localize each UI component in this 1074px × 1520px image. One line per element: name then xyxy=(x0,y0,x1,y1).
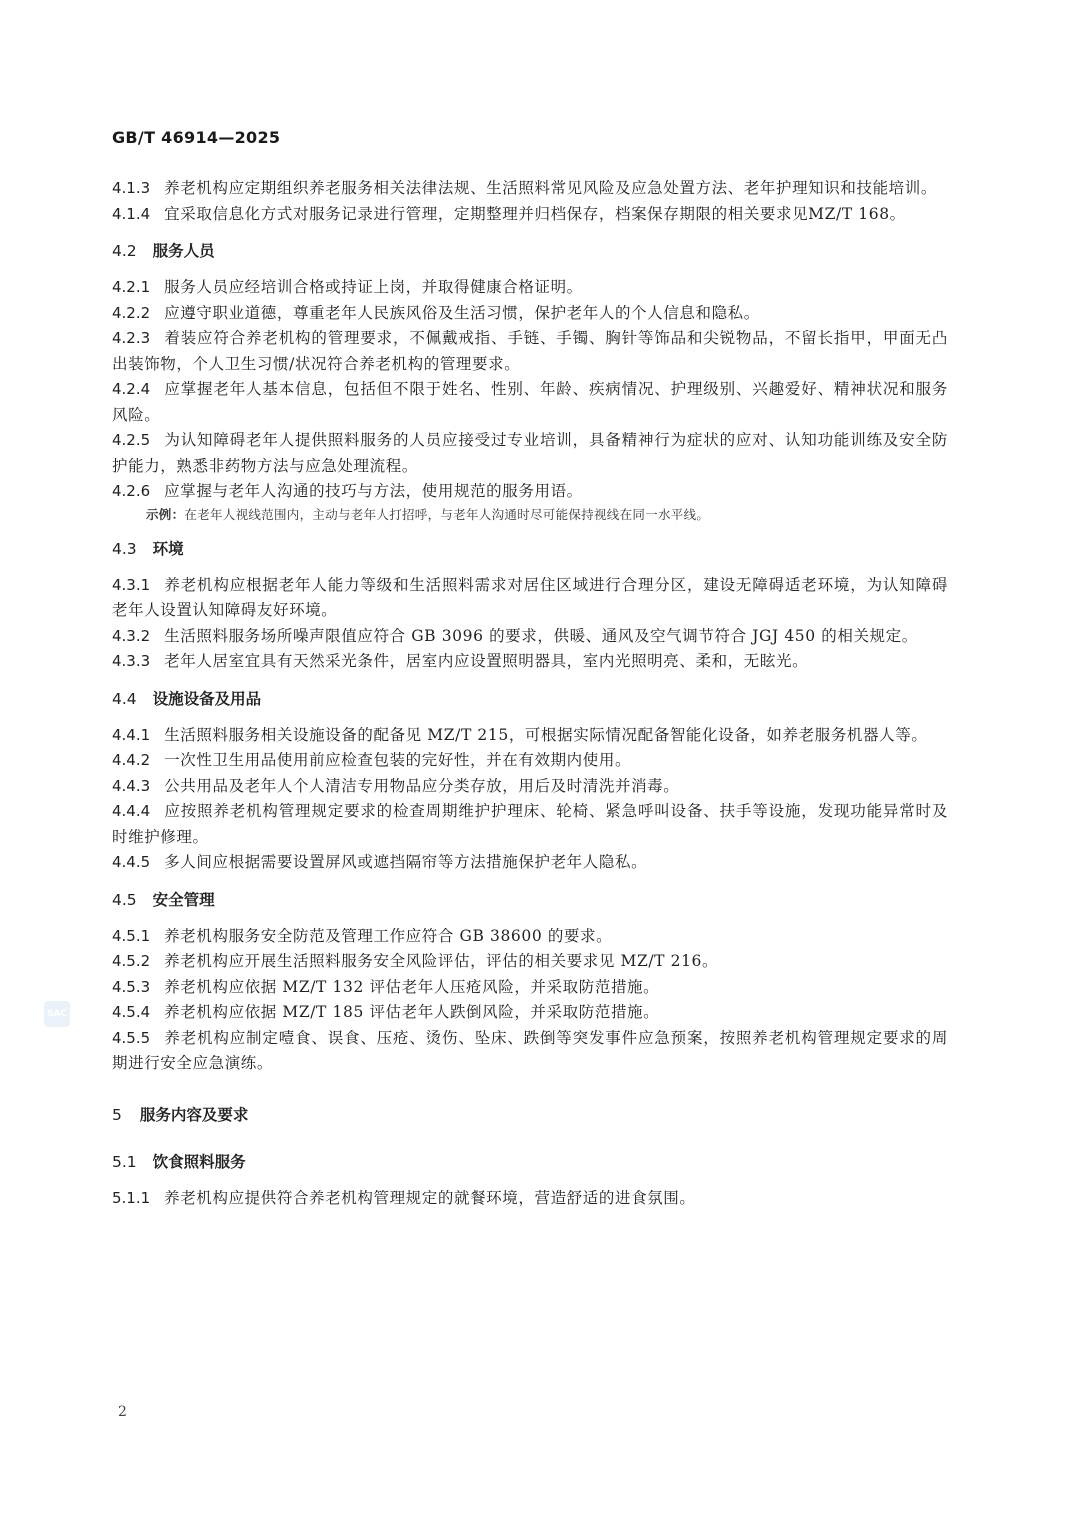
example-label: 示例： xyxy=(146,507,184,522)
clause-text: 应掌握与老年人沟通的技巧与方法，使用规范的服务用语。 xyxy=(164,482,583,500)
page-number: 2 xyxy=(118,1404,127,1420)
clause-number: 4.4.4 xyxy=(112,802,150,820)
clause-number: 4.2.6 xyxy=(112,482,150,500)
clause-text: 应掌握老年人基本信息，包括但不限于姓名、性别、年龄、疾病情况、护理级别、兴趣爱好… xyxy=(112,380,948,424)
clause-4-4-5: 4.4.5多人间应根据需要设置屏风或遮挡隔帘等方法措施保护老年人隐私。 xyxy=(112,850,948,876)
example-text: 在老年人视线范围内，主动与老年人打招呼，与老年人沟通时尽可能保持视线在同一水平线… xyxy=(184,507,709,522)
section-heading-4-4: 4.4设施设备及用品 xyxy=(112,687,948,712)
clause-4-5-1: 4.5.1养老机构服务安全防范及管理工作应符合 GB 38600 的要求。 xyxy=(112,924,948,950)
clause-number: 4.1.4 xyxy=(112,205,150,223)
clause-text: 养老机构应根据老年人能力等级和生活照料需求对居住区域进行合理分区，建设无障碍适老… xyxy=(112,576,948,620)
clause-number: 4.2.4 xyxy=(112,380,150,398)
section-number: 4.2 xyxy=(112,242,137,260)
standard-code-header: GB/T 46914—2025 xyxy=(112,128,280,147)
section-number: 4.4 xyxy=(112,690,137,708)
clause-4-4-4: 4.4.4应按照养老机构管理规定要求的检查周期维护护理床、轮椅、紧急呼叫设备、扶… xyxy=(112,799,948,850)
clause-text: 服务人员应经培训合格或持证上岗，并取得健康合格证明。 xyxy=(164,278,583,296)
clause-number: 4.5.4 xyxy=(112,1003,150,1021)
clause-number: 4.5.3 xyxy=(112,978,150,996)
section-title: 服务人员 xyxy=(153,242,215,260)
document-body: 4.1.3养老机构应定期组织养老服务相关法律法规、生活照料常见风险及应急处置方法… xyxy=(112,176,948,1211)
clause-4-1-3: 4.1.3养老机构应定期组织养老服务相关法律法规、生活照料常见风险及应急处置方法… xyxy=(112,176,948,202)
clause-text: 着装应符合养老机构的管理要求，不佩戴戒指、手链、手镯、胸针等饰品和尖锐物品，不留… xyxy=(112,329,948,373)
section-number: 4.3 xyxy=(112,540,137,558)
clause-4-2-6: 4.2.6应掌握与老年人沟通的技巧与方法，使用规范的服务用语。 xyxy=(112,479,948,505)
clause-text: 应遵守职业道德，尊重老年人民族风俗及生活习惯，保护老年人的个人信息和隐私。 xyxy=(164,304,760,322)
clause-number: 4.2.3 xyxy=(112,329,150,347)
sac-watermark-logo: SAC xyxy=(44,1001,70,1027)
clause-text: 养老机构应依据 MZ/T 132 评估老年人压疮风险，并采取防范措施。 xyxy=(164,978,659,996)
clause-4-4-2: 4.4.2一次性卫生用品使用前应检查包装的完好性，并在有效期内使用。 xyxy=(112,748,948,774)
clause-4-2-3: 4.2.3着装应符合养老机构的管理要求，不佩戴戒指、手链、手镯、胸针等饰品和尖锐… xyxy=(112,326,948,377)
clause-4-5-2: 4.5.2养老机构应开展生活照料服务安全风险评估，评估的相关要求见 MZ/T 2… xyxy=(112,949,948,975)
clause-text: 公共用品及老年人个人清洁专用物品应分类存放，用后及时清洗并消毒。 xyxy=(164,777,679,795)
clause-text: 养老机构应提供符合养老机构管理规定的就餐环境，营造舒适的进食氛围。 xyxy=(164,1189,695,1207)
clause-text: 养老机构应开展生活照料服务安全风险评估，评估的相关要求见 MZ/T 216。 xyxy=(164,952,718,970)
section-heading-4-3: 4.3环境 xyxy=(112,537,948,562)
clause-4-5-3: 4.5.3养老机构应依据 MZ/T 132 评估老年人压疮风险，并采取防范措施。 xyxy=(112,975,948,1001)
clause-number: 5.1.1 xyxy=(112,1189,150,1207)
section-heading-4-5: 4.5安全管理 xyxy=(112,888,948,913)
clause-4-4-1: 4.4.1生活照料服务相关设施设备的配备见 MZ/T 215，可根据实际情况配备… xyxy=(112,723,948,749)
clause-4-3-2: 4.3.2生活照料服务场所噪声限值应符合 GB 3096 的要求，供暖、通风及空… xyxy=(112,624,948,650)
section-title: 设施设备及用品 xyxy=(153,690,262,708)
clause-4-5-4: 4.5.4养老机构应依据 MZ/T 185 评估老年人跌倒风险，并采取防范措施。 xyxy=(112,1000,948,1026)
chapter-title: 服务内容及要求 xyxy=(140,1106,249,1124)
section-title: 环境 xyxy=(153,540,184,558)
clause-text: 养老机构应依据 MZ/T 185 评估老年人跌倒风险，并采取防范措施。 xyxy=(164,1003,659,1021)
clause-4-4-3: 4.4.3公共用品及老年人个人清洁专用物品应分类存放，用后及时清洗并消毒。 xyxy=(112,774,948,800)
clause-number: 4.4.1 xyxy=(112,726,150,744)
section-number: 4.5 xyxy=(112,891,137,909)
clause-text: 多人间应根据需要设置屏风或遮挡隔帘等方法措施保护老年人隐私。 xyxy=(164,853,647,871)
clause-4-2-2: 4.2.2应遵守职业道德，尊重老年人民族风俗及生活习惯，保护老年人的个人信息和隐… xyxy=(112,301,948,327)
clause-number: 4.1.3 xyxy=(112,179,150,197)
clause-number: 4.4.3 xyxy=(112,777,150,795)
section-title: 饮食照料服务 xyxy=(153,1153,246,1171)
clause-number: 4.5.2 xyxy=(112,952,150,970)
clause-text: 一次性卫生用品使用前应检查包装的完好性，并在有效期内使用。 xyxy=(164,751,631,769)
clause-text: 为认知障碍老年人提供照料服务的人员应接受过专业培训，具备精神行为症状的应对、认知… xyxy=(112,431,948,475)
clause-number: 4.4.2 xyxy=(112,751,150,769)
clause-4-3-3: 4.3.3老年人居室宜具有天然采光条件，居室内应设置照明器具，室内光照明亮、柔和… xyxy=(112,649,948,675)
clause-text: 老年人居室宜具有天然采光条件，居室内应设置照明器具，室内光照明亮、柔和，无眩光。 xyxy=(164,652,808,670)
clause-number: 4.2.5 xyxy=(112,431,150,449)
chapter-number: 5 xyxy=(112,1106,122,1124)
clause-text: 养老机构应制定噎食、误食、压疮、烫伤、坠床、跌倒等突发事件应急预案，按照养老机构… xyxy=(112,1029,948,1073)
clause-4-5-5: 4.5.5养老机构应制定噎食、误食、压疮、烫伤、坠床、跌倒等突发事件应急预案，按… xyxy=(112,1026,948,1077)
clause-4-3-1: 4.3.1养老机构应根据老年人能力等级和生活照料需求对居住区域进行合理分区，建设… xyxy=(112,573,948,624)
clause-number: 4.4.5 xyxy=(112,853,150,871)
clause-5-1-1: 5.1.1养老机构应提供符合养老机构管理规定的就餐环境，营造舒适的进食氛围。 xyxy=(112,1186,948,1212)
clause-text: 生活照料服务相关设施设备的配备见 MZ/T 215，可根据实际情况配备智能化设备… xyxy=(164,726,927,744)
clause-number: 4.3.2 xyxy=(112,627,150,645)
section-number: 5.1 xyxy=(112,1153,137,1171)
clause-number: 4.3.1 xyxy=(112,576,150,594)
clause-text: 养老机构应定期组织养老服务相关法律法规、生活照料常见风险及应急处置方法、老年护理… xyxy=(164,179,937,197)
clause-4-1-4: 4.1.4宜采取信息化方式对服务记录进行管理，定期整理并归档保存，档案保存期限的… xyxy=(112,202,948,228)
clause-number: 4.3.3 xyxy=(112,652,150,670)
clause-number: 4.5.5 xyxy=(112,1029,150,1047)
clause-number: 4.2.1 xyxy=(112,278,150,296)
chapter-heading-5: 5服务内容及要求 xyxy=(112,1103,948,1128)
clause-text: 应按照养老机构管理规定要求的检查周期维护护理床、轮椅、紧急呼叫设备、扶手等设施，… xyxy=(112,802,948,846)
clause-number: 4.5.1 xyxy=(112,927,150,945)
section-title: 安全管理 xyxy=(153,891,215,909)
example-note: 示例：在老年人视线范围内，主动与老年人打招呼，与老年人沟通时尽可能保持视线在同一… xyxy=(112,505,948,525)
clause-4-2-5: 4.2.5为认知障碍老年人提供照料服务的人员应接受过专业培训，具备精神行为症状的… xyxy=(112,428,948,479)
clause-4-2-1: 4.2.1服务人员应经培训合格或持证上岗，并取得健康合格证明。 xyxy=(112,275,948,301)
section-heading-4-2: 4.2服务人员 xyxy=(112,239,948,264)
clause-text: 宜采取信息化方式对服务记录进行管理，定期整理并归档保存，档案保存期限的相关要求见… xyxy=(164,205,906,223)
clause-text: 养老机构服务安全防范及管理工作应符合 GB 38600 的要求。 xyxy=(164,927,612,945)
clause-number: 4.2.2 xyxy=(112,304,150,322)
section-heading-5-1: 5.1饮食照料服务 xyxy=(112,1150,948,1175)
clause-text: 生活照料服务场所噪声限值应符合 GB 3096 的要求，供暖、通风及空气调节符合… xyxy=(164,627,918,645)
clause-4-2-4: 4.2.4应掌握老年人基本信息，包括但不限于姓名、性别、年龄、疾病情况、护理级别… xyxy=(112,377,948,428)
